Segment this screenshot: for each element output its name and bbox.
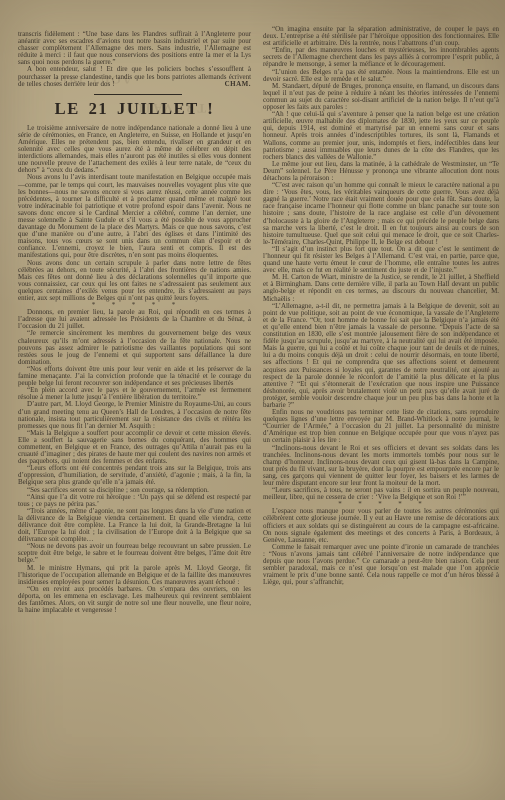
paragraph: M. H. Carton de Wiart, ministre de la Ju… [263,274,499,302]
article-body-right: “On imagina ensuite par la séparation ad… [263,26,499,586]
paragraph: Nous avons lu l’avis interdisant toute m… [18,174,251,259]
paragraph: “L’union des Belges n’a pas été entamée.… [263,69,499,83]
paragraph: “C’est avec raison qu’un homme qui conna… [263,182,499,246]
paragraph: “Nos efforts doivent être unis pour leur… [18,366,251,387]
paragraph: Enfin nous ne voudrions pas terminer cet… [263,409,499,444]
paragraph: Nous avons donc un certain scrupule à pa… [18,260,251,303]
paragraph: “Trois années, même d’agonie, ne sont pa… [18,508,251,543]
paragraph: Comme le faisait remarquer avec une poin… [263,544,499,587]
paragraph: Donnons, en premier lieu, la parole au R… [18,309,251,330]
paragraph: “Leurs sacrifices, à tous, ne seront pas… [263,487,499,501]
paragraph: “On imagina ensuite par la séparation ad… [263,26,499,47]
right-column: “On imagina ensuite par la séparation ad… [263,26,499,586]
paragraph: “Inclinons-nous devant le Roi et ses off… [263,445,499,488]
paragraph: “Ah ! que celui-là qui s’aventure à pens… [263,111,499,161]
paragraph: M. le ministre Hymans, qui prit la parol… [18,565,251,586]
paragraph: “On en revint aux procédés barbares. On … [18,586,251,614]
paragraph: “Mais la Belgique a souffert pour accomp… [18,430,251,465]
paragraph: “Enfin, par des manœuvres louches et mys… [263,47,499,68]
newspaper-page: AOÛT 1917 TRAVAIL transcris fidèlement :… [0,0,505,800]
article-body-left: Le troisième anniversaire de notre indép… [18,125,251,614]
paragraph: M. Standaert, député de Bruges, prononça… [263,83,499,111]
section-divider-rule [94,94,182,95]
paragraph: D’autre part, M. Lloyd George, le Premie… [18,401,251,429]
paragraph: “L’Allemagne, a-t-il dit, ne permettra j… [263,303,499,409]
paragraph: Le troisième anniversaire de notre indép… [18,125,251,175]
paragraph: L’espace nous manque pour vous parler de… [263,508,499,543]
paragraph: “Ainsi que l’a dit votre roi héroïque : … [18,494,251,508]
paragraph: transcris fidèlement : “Une base dans le… [18,31,251,66]
paragraph: Le même jour eut lieu, dans la matinée, … [263,161,499,182]
paragraph: “Il s’agit d’un instinct plus fort que t… [263,246,499,274]
left-column: transcris fidèlement : “Une base dans le… [18,31,251,614]
previous-article-end: transcris fidèlement : “Une base dans le… [18,31,251,88]
article-title: LE 21 JUILLET ! [18,100,251,118]
paragraph: “Nous ne devons pas avoir un fourreau be… [18,543,251,564]
paragraph: “Je remercie sincèrement les membres du … [18,330,251,365]
paragraph: “En plein accord avec le pays et le gouv… [18,387,251,401]
author-signature: CHAM. [225,80,251,88]
paragraph: “Leurs efforts ont été concentrés pendan… [18,465,251,486]
